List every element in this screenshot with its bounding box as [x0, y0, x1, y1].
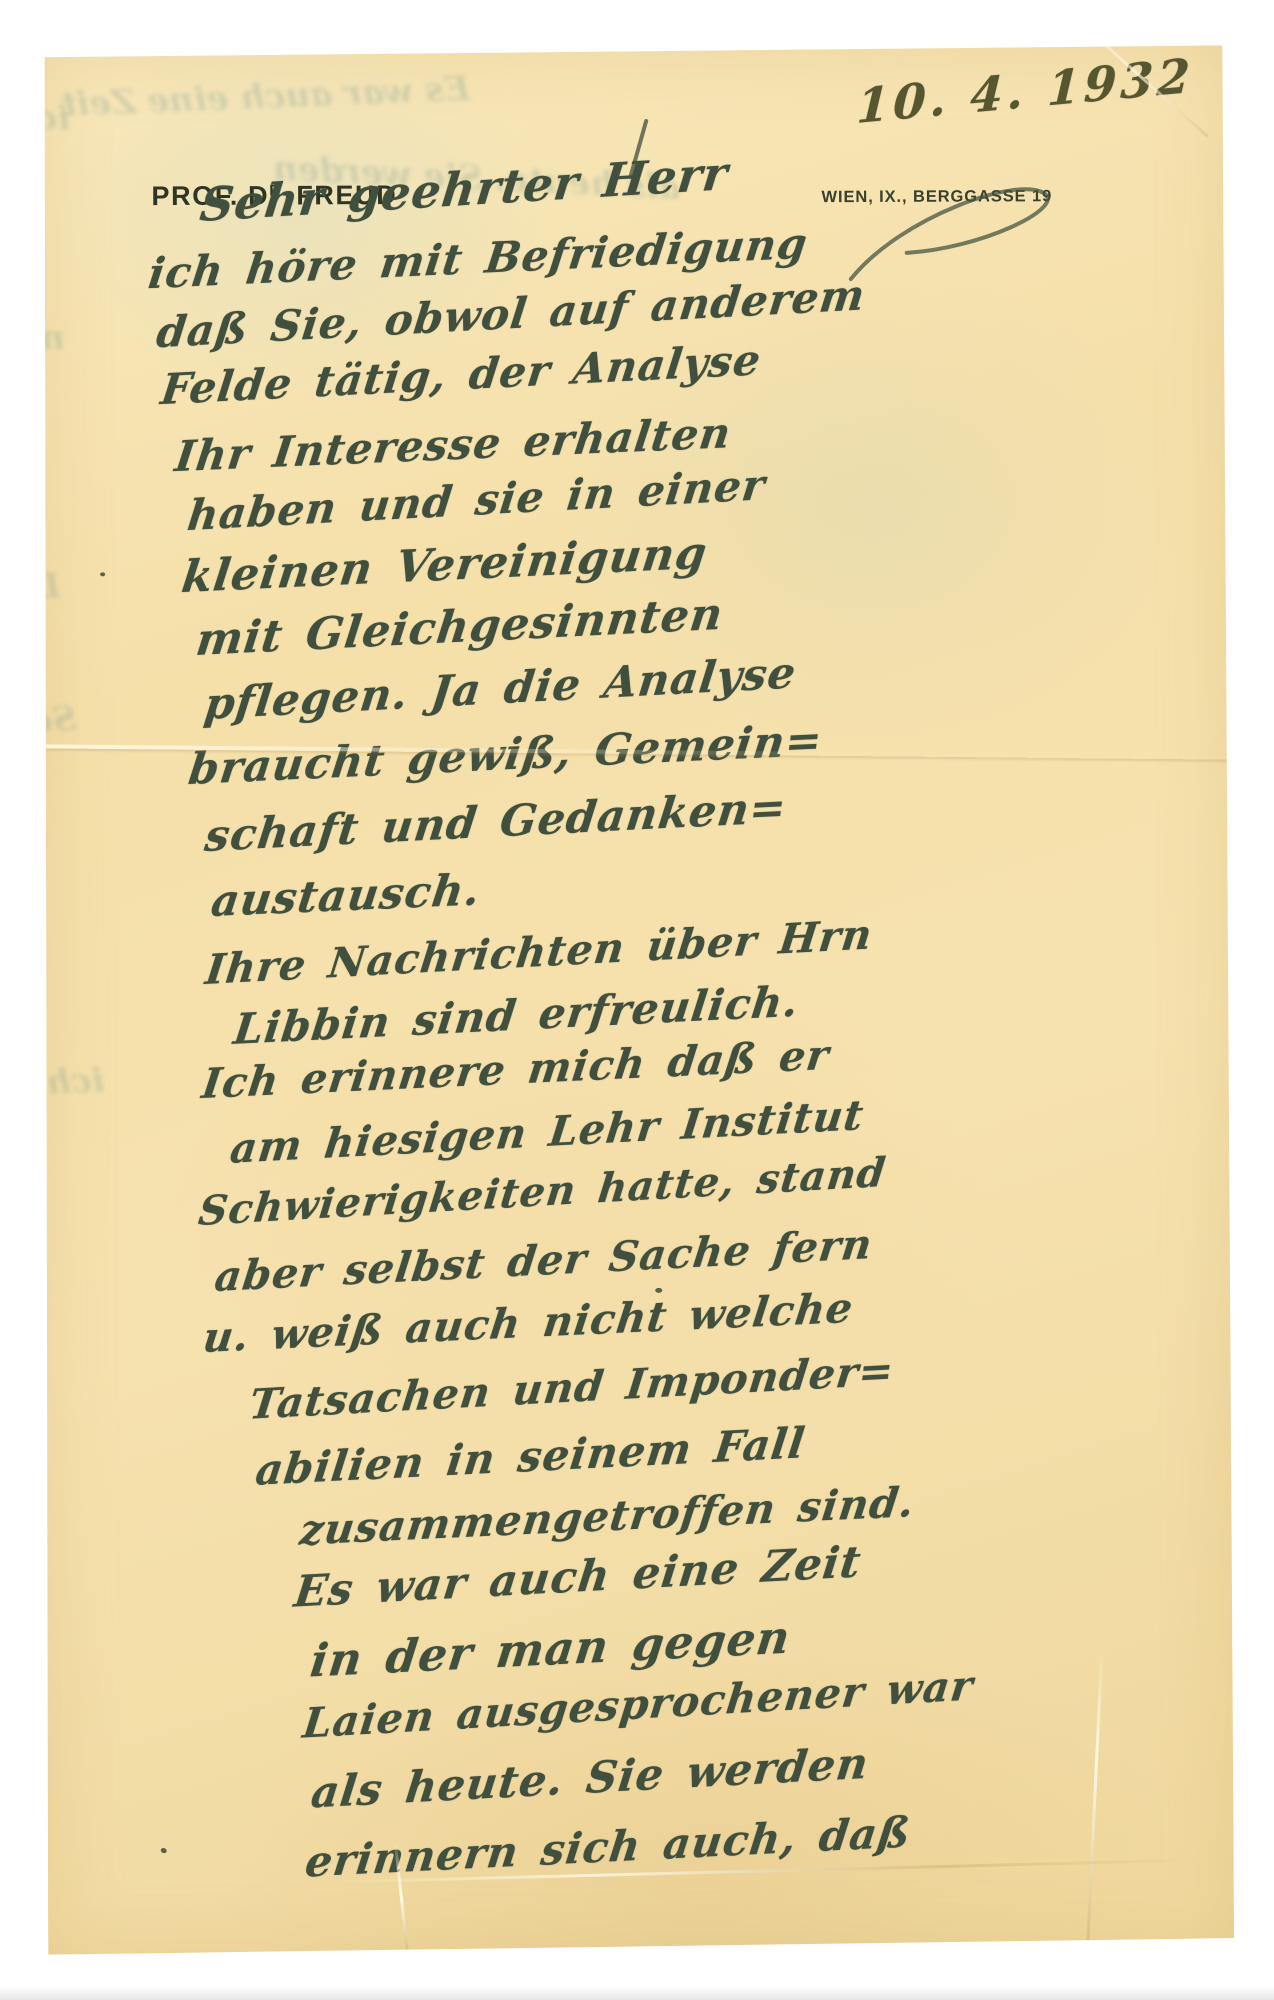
handwriting-line: braucht gewiß, Gemein= — [186, 715, 826, 795]
bleedthrough-line: schaft und Gedanken= — [0, 443, 42, 500]
handwriting-line: Tatsachen und Imponder= — [247, 1346, 897, 1429]
letter-body: Sehr geehrter Herrich höre mit Befriedig… — [40, 45, 1234, 1956]
handwriting-line: als heute. Sie werden — [308, 1739, 871, 1819]
handwriting-line: Sehr geehrter Herr — [197, 146, 731, 232]
letter-paper-sheet: ich höre mit BefriedigungIhr Interesse e… — [40, 45, 1234, 1956]
scan-edge-band — [0, 1986, 1274, 2000]
handwriting-line: mit Gleichgesinnten — [193, 589, 726, 667]
handwriting-line: schaft und Gedanken= — [202, 783, 790, 862]
bleedthrough-line: Tatsachen und Imponder= — [0, 815, 48, 870]
handwriting-line: erinnern sich auch, daß — [303, 1807, 914, 1886]
handwriting-line: austausch. — [208, 865, 483, 927]
handwriting-line: abilien in seinem Fall — [253, 1418, 808, 1495]
scan-background: { "scan": { "background_color": "#ffffff… — [0, 0, 1274, 2000]
handwriting-line: kleinen Vereinigung — [179, 528, 710, 604]
bleedthrough-line: Ihr Interesse erhalten — [0, 201, 44, 265]
